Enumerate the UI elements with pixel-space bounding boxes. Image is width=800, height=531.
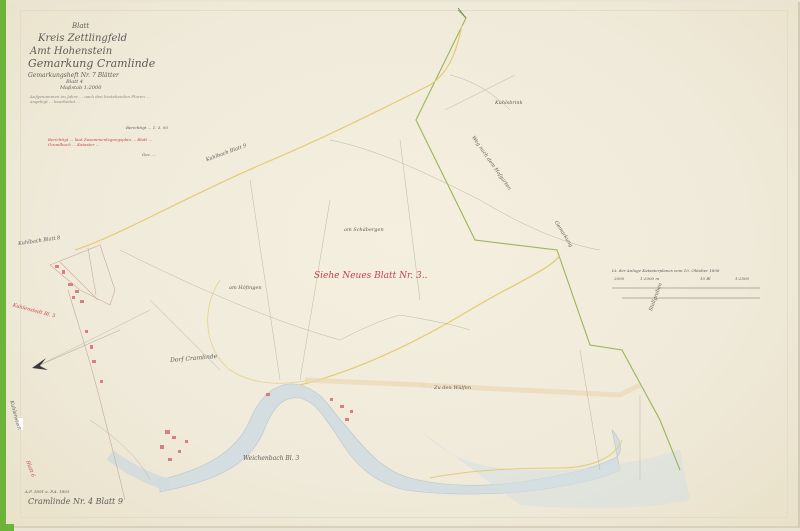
scale-value-2: 1:2000 m [640,276,659,281]
see-new-sheet-label: Siehe Neues Blatt Nr. 3.. [314,271,427,281]
title-notes: Aufgenommen im Jahre ... nach den besteh… [30,94,160,104]
field-kuhlsbrink: Kuhlsbrink [495,100,523,106]
scale-value-1: 2000 [614,276,624,281]
field-line [120,250,470,340]
correction-note: Berichtigt ... laut Zusammenlegungsplan … [48,137,166,147]
field-zu-den-wulffen: Zu den Wülfen [434,385,471,391]
boundary-line-2 [458,8,466,18]
field-line [40,310,150,365]
scale-value-4: 1:2500 [735,276,749,281]
road-loop [208,280,310,383]
sheet-caption: Cramlinde Nr. 4 Blatt 9 [28,497,123,506]
title-signature: Berichtigt ... 1. 3. 93 [126,125,168,130]
title-amt: Amt Hohenstein [30,46,112,57]
village-buildings [55,265,353,461]
road-south-edge [305,380,425,385]
field-am-schaebergen: am Schäbergen [344,227,384,233]
map-sheet: Blatt Kreis Zettlingfeld Amt Hohenstein … [0,0,800,531]
stamp-text: A.F. 1891 a. F.A. 1893 [25,489,69,494]
title-gemarkung: Gemarkung Cramlinde [28,58,155,69]
field-line [580,350,600,470]
title-sheet: Blatt [72,22,89,30]
scale-note: Lt. der Anlage Katasterplanes vom 10. Ok… [612,268,719,273]
field-line [250,180,280,380]
correction-signature: Gez. ... [142,152,156,157]
title-kreis: Kreis Zettlingfeld [38,33,127,44]
river-left [110,455,170,485]
scale-value-3: 10 Bl [700,276,711,281]
ref-blatt-3: Weichenbach Bl. 3 [243,455,299,462]
north-arrow-icon [32,358,48,370]
river-lower [420,430,690,508]
map-drawing [0,0,800,531]
title-scale: Maßstab 1:2000 [60,85,101,91]
field-line [300,200,330,380]
title-heft: Gemarkungsheft Nr. 7 Blätter [28,72,119,79]
field-am-hoefingen: am Höfingen [229,285,262,291]
boundary-line [416,10,680,470]
